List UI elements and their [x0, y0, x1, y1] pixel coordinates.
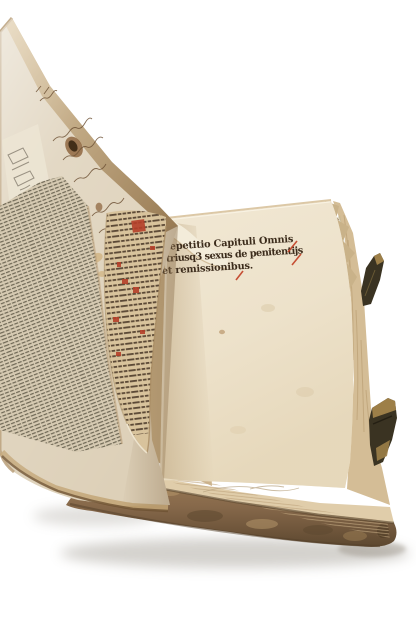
- page-stain-dot: [219, 330, 225, 334]
- rubric-mark: [122, 279, 128, 284]
- clasp-top: [361, 253, 384, 306]
- leather-mottle: [303, 525, 333, 535]
- rubric-mark: [117, 262, 121, 267]
- leather-mottle: [246, 519, 278, 529]
- page-foxing: [230, 426, 246, 434]
- rubric-mark: [133, 287, 139, 293]
- rubric-mark: [150, 246, 155, 250]
- book-illustration: Repetitio Capituli Omnis vtriusq3 sexus …: [0, 0, 416, 623]
- rubric-mark: [116, 352, 121, 356]
- rubric-mark: [140, 330, 145, 334]
- cover-damage-spot-small: [96, 203, 103, 212]
- clasp-bottom: [369, 398, 397, 466]
- photo-of-antique-book: Repetitio Capituli Omnis vtriusq3 sexus …: [0, 0, 416, 623]
- page-foxing: [261, 304, 275, 312]
- rubric-mark: [113, 317, 119, 322]
- page-foxing: [296, 387, 314, 397]
- leather-mottle: [343, 531, 367, 541]
- rubric-initial: [131, 219, 146, 233]
- leather-mottle: [187, 510, 223, 522]
